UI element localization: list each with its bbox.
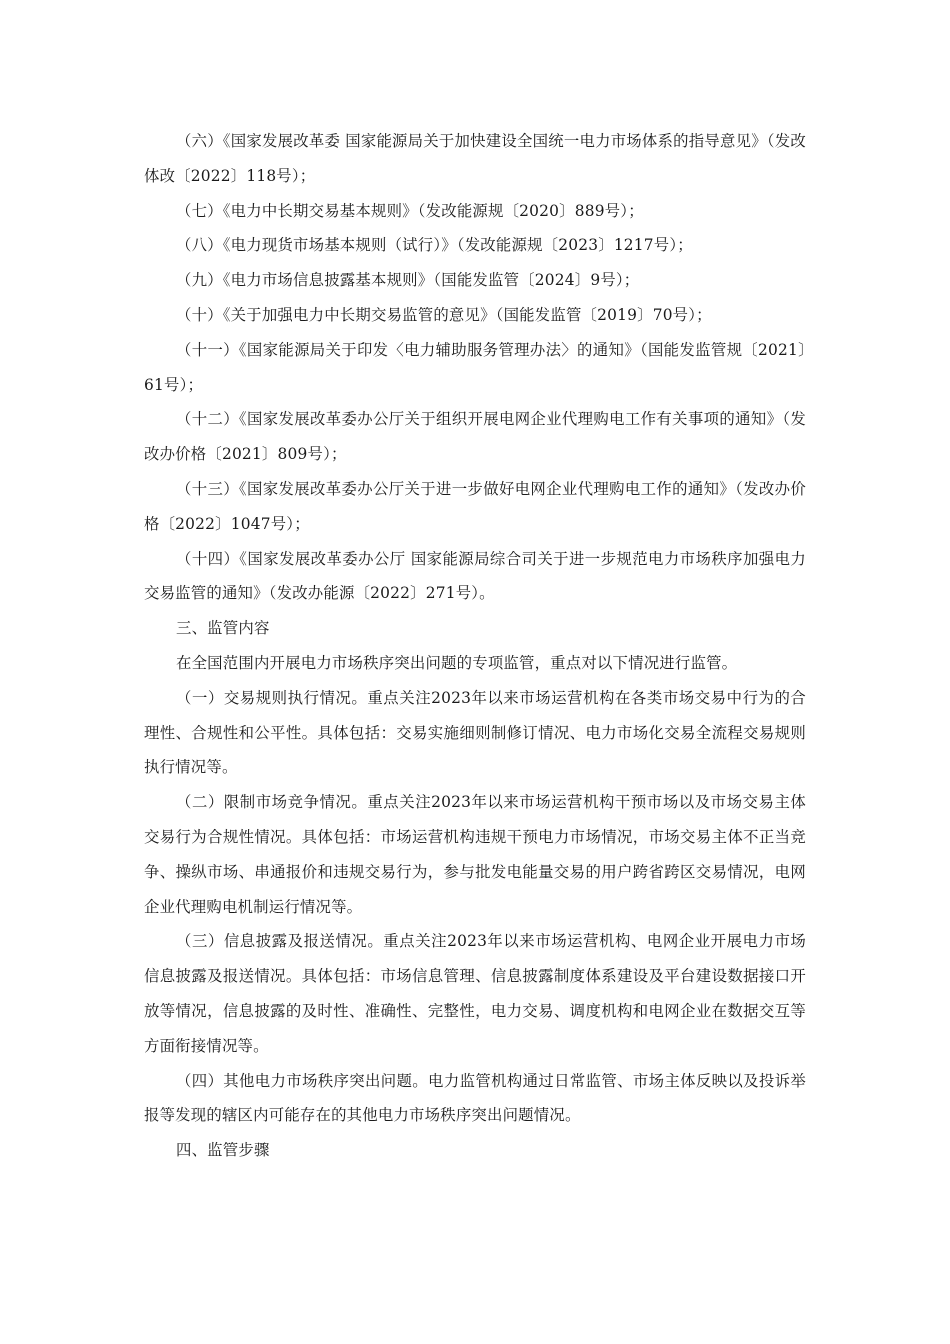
content-item-4: （四）其他电力市场秩序突出问题。电力监管机构通过日常监管、市场主体反映以及投诉举… — [144, 1064, 806, 1134]
reference-item-7: （七）《电力中长期交易基本规则》（发改能源规〔2020〕889号）； — [144, 194, 806, 229]
section-intro: 在全国范围内开展电力市场秩序突出问题的专项监管，重点对以下情况进行监管。 — [144, 646, 806, 681]
section-heading-supervision-steps: 四、监管步骤 — [144, 1133, 806, 1168]
reference-item-8: （八）《电力现货市场基本规则（试行）》（发改能源规〔2023〕1217号）； — [144, 228, 806, 263]
document-page: （六）《国家发展改革委 国家能源局关于加快建设全国统一电力市场体系的指导意见》（… — [144, 124, 806, 1168]
content-item-1: （一）交易规则执行情况。重点关注2023年以来市场运营机构在各类市场交易中行为的… — [144, 681, 806, 785]
content-item-2: （二）限制市场竞争情况。重点关注2023年以来市场运营机构干预市场以及市场交易主… — [144, 785, 806, 924]
reference-item-14: （十四）《国家发展改革委办公厅 国家能源局综合司关于进一步规范电力市场秩序加强电… — [144, 542, 806, 612]
content-item-3: （三）信息披露及报送情况。重点关注2023年以来市场运营机构、电网企业开展电力市… — [144, 924, 806, 1063]
reference-item-12: （十二）《国家发展改革委办公厅关于组织开展电网企业代理购电工作有关事项的通知》（… — [144, 402, 806, 472]
reference-item-13: （十三）《国家发展改革委办公厅关于进一步做好电网企业代理购电工作的通知》（发改办… — [144, 472, 806, 542]
section-heading-supervision-content: 三、监管内容 — [144, 611, 806, 646]
reference-item-6: （六）《国家发展改革委 国家能源局关于加快建设全国统一电力市场体系的指导意见》（… — [144, 124, 806, 194]
reference-item-9: （九）《电力市场信息披露基本规则》（国能发监管〔2024〕9号）； — [144, 263, 806, 298]
reference-item-11: （十一）《国家能源局关于印发〈电力辅助服务管理办法〉的通知》（国能发监管规〔20… — [144, 333, 806, 403]
reference-item-10: （十）《关于加强电力中长期交易监管的意见》（国能发监管〔2019〕70号）； — [144, 298, 806, 333]
